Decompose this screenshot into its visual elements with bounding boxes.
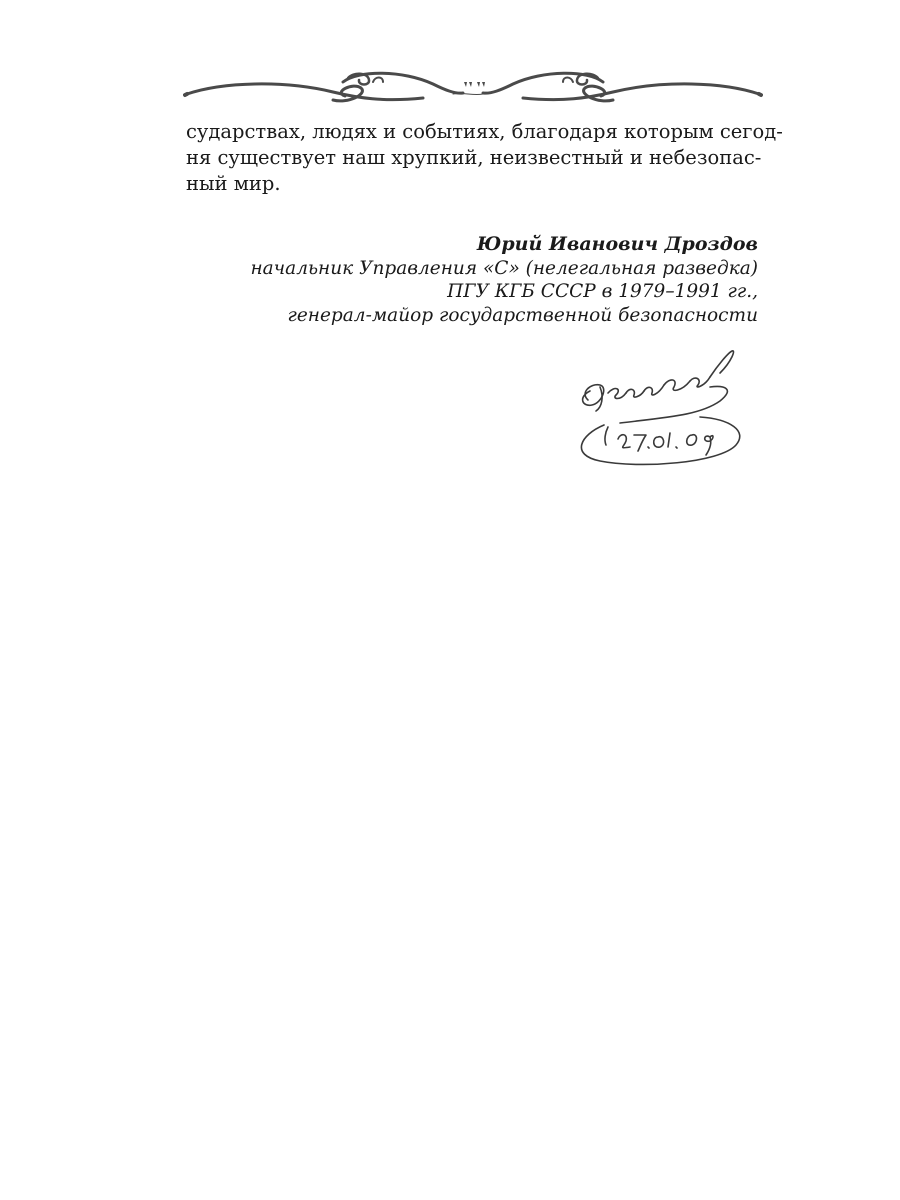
body-line: сударствах, людях и событиях, благодаря … xyxy=(186,119,758,145)
handwritten-signature-icon xyxy=(560,345,760,470)
author-title-line: начальник Управления «С» (нелегальная ра… xyxy=(158,257,758,281)
document-page: сударствах, людях и событиях, благодаря … xyxy=(0,0,900,1200)
author-title-line: ПГУ КГБ СССР в 1979–1991 гг., xyxy=(158,280,758,304)
author-title-line: генерал-майор государственной безопаснос… xyxy=(158,304,758,328)
body-line: ня существует наш хрупкий, неизвестный и… xyxy=(186,145,758,171)
body-paragraph: сударствах, людях и событиях, благодаря … xyxy=(186,119,758,197)
signature-block: Юрий Иванович Дроздов начальник Управлен… xyxy=(158,233,758,327)
author-name: Юрий Иванович Дроздов xyxy=(158,233,758,257)
body-line: ный мир. xyxy=(186,171,758,197)
flourish-divider-icon xyxy=(183,62,763,104)
